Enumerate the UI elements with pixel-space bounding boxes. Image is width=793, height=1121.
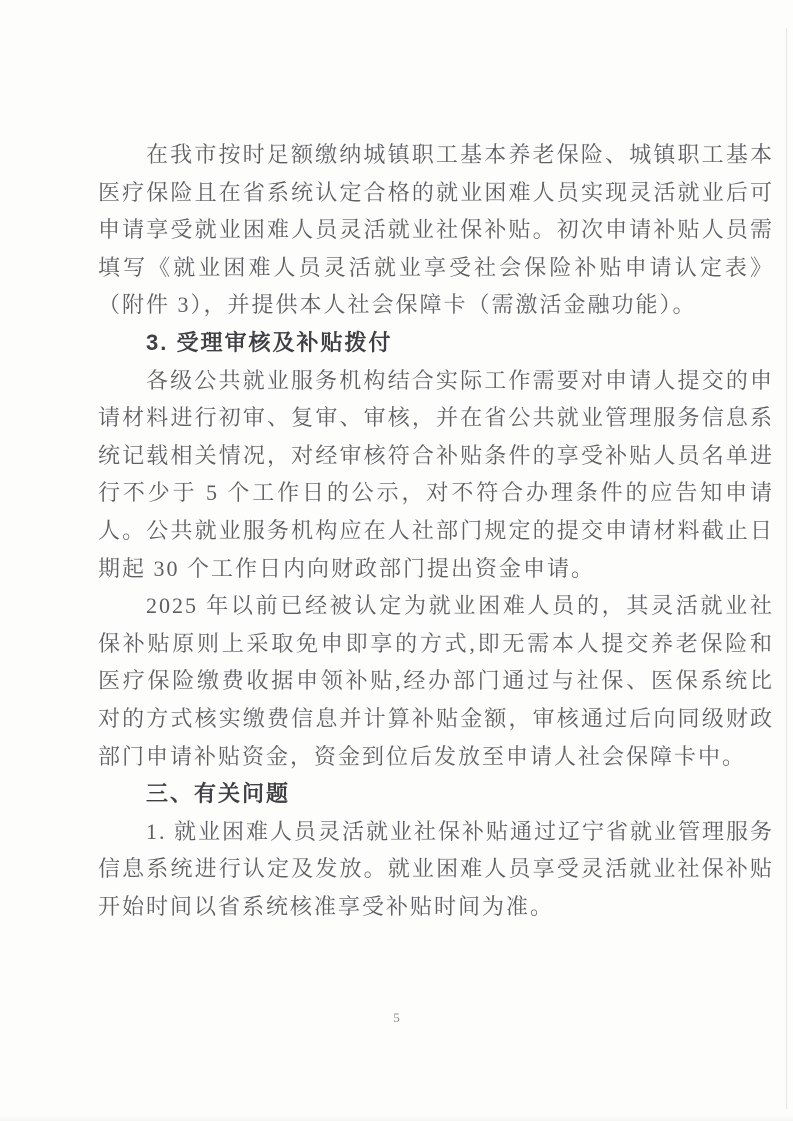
body-paragraph-review-process: 各级公共就业服务机构结合实际工作需要对申请人提交的申请材料进行初审、复审、审核，… [98, 362, 774, 588]
section-heading-review-and-disbursement: 3. 受理审核及补贴拨付 [98, 324, 774, 362]
scan-edge-line [786, 28, 787, 1109]
body-paragraph-system-certification: 1. 就业困难人员灵活就业社保补贴通过辽宁省就业管理服务信息系统进行认定及发放。… [98, 813, 774, 926]
document-page: 在我市按时足额缴纳城镇职工基本养老保险、城镇职工基本医疗保险且在省系统认定合格的… [0, 0, 793, 1121]
document-body: 在我市按时足额缴纳城镇职工基本养老保险、城镇职工基本医疗保险且在省系统认定合格的… [98, 136, 774, 925]
page-number: 5 [0, 1010, 793, 1026]
body-paragraph-application-requirements: 在我市按时足额缴纳城镇职工基本养老保险、城镇职工基本医疗保险且在省系统认定合格的… [98, 136, 774, 324]
section-heading-related-issues: 三、有关问题 [98, 775, 774, 813]
body-paragraph-pre-2025-policy: 2025 年以前已经被认定为就业困难人员的，其灵活就业社保补贴原则上采取免申即享… [98, 587, 774, 775]
scan-bottom-shade [0, 1116, 793, 1121]
